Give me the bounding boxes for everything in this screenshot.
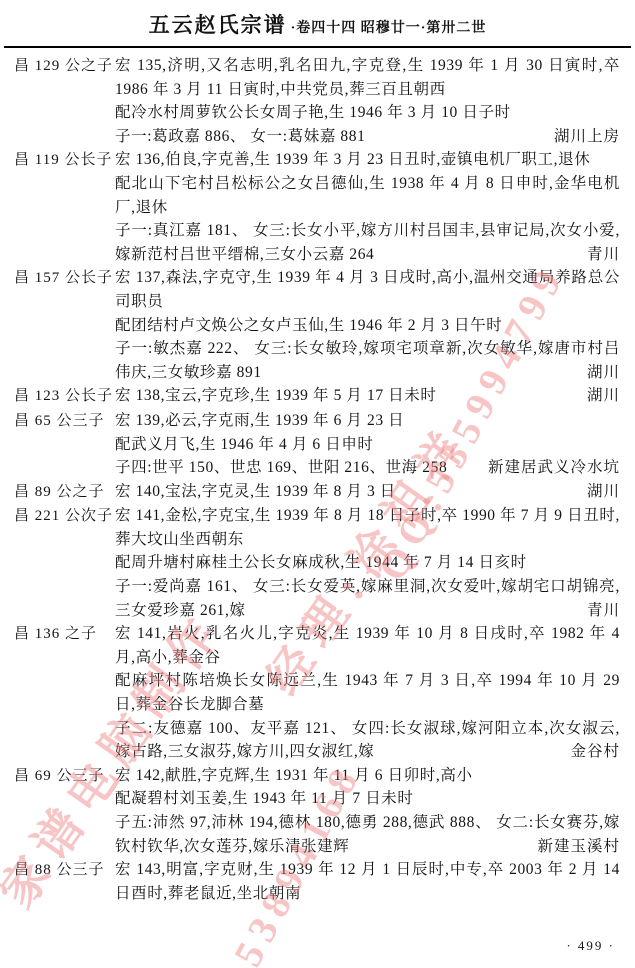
entries: 昌 129 公之子宏 135,济明,又名志明,乳名田九,字克登,生 1939 年… xyxy=(0,48,635,905)
entry-location: 新建玉溪村 xyxy=(537,835,620,859)
entry-paragraph: 宏 142,献胜,字克辉,生 1931 年 11 月 6 日卯时,高小 xyxy=(115,764,620,788)
entry-label: 昌 65 公三子 xyxy=(14,409,115,480)
entry-text: 宏 143,明富,字克财,生 1939 年 12 月 1 日辰时,中专,卒 20… xyxy=(115,861,620,902)
entry-text: 宏 141,岩火,乳名火儿,字克炎,生 1939 年 10 月 8 日戌时,卒 … xyxy=(115,625,620,666)
entry-text: 宏 138,宝云,字克珍,生 1939 年 5 月 17 日未时 xyxy=(115,387,436,404)
entry-text: 子二:友德嘉 100、友平嘉 121、 女四:长女淑球,嫁河阳立本,次女淑云,嫁… xyxy=(115,720,620,761)
entry-text: 配武义月飞,生 1946 年 4 月 6 日申时 xyxy=(115,436,374,453)
genealogy-entry: 昌 69 公三子宏 142,献胜,字克辉,生 1931 年 11 月 6 日卯时… xyxy=(14,764,620,858)
entry-content: 宏 142,献胜,字克辉,生 1931 年 11 月 6 日卯时,高小配凝碧村刘… xyxy=(115,764,620,858)
entry-paragraph: 配武义月飞,生 1946 年 4 月 6 日申时 xyxy=(115,433,620,457)
entry-text: 配麻坪村陈培焕长女陈远兰,生 1943 年 7 月 3 日,卒 1994 年 1… xyxy=(115,672,620,713)
entry-paragraph: 子一:真江嘉 181、 女三:长女小平,嫁方川村吕国丰,县审记局,次女小爱,嫁新… xyxy=(115,219,620,266)
entry-text: 宏 141,金松,字克宝,生 1939 年 8 月 18 日子时,卒 1990 … xyxy=(115,507,620,548)
entry-text: 宏 136,伯良,字克善,生 1939 年 3 月 23 日丑时,壶镇电机厂职工… xyxy=(115,151,590,168)
entry-paragraph: 配北山下宅村吕松标公之女吕德仙,生 1938 年 4 月 8 日申时,金华电机厂… xyxy=(115,172,620,219)
entry-paragraph: 子二:友德嘉 100、友平嘉 121、 女四:长女淑球,嫁河阳立本,次女淑云,嫁… xyxy=(115,717,620,764)
entry-label: 昌 221 公次子 xyxy=(14,504,115,622)
entry-paragraph: 配凝碧村刘玉姜,生 1943 年 11 月 7 日未时 xyxy=(115,787,620,811)
entry-text: 宏 139,必云,字克雨,生 1939 年 6 月 23 日 xyxy=(115,412,404,429)
page-title: 五云赵氏宗谱 xyxy=(149,13,287,37)
entry-location: 湖川 xyxy=(587,361,620,385)
entry-label: 昌 123 公长子 xyxy=(14,384,115,409)
entry-location: 湖川上房 xyxy=(554,125,620,149)
entry-paragraph: 子四:世平 150、世忠 169、世阳 216、世海 258新建居武义冷水坑 xyxy=(115,456,620,480)
entry-paragraph: 子一:葛政嘉 886、 女一:葛妹嘉 881湖川上房 xyxy=(115,125,620,149)
entry-text: 配凝碧村刘玉姜,生 1943 年 11 月 7 日未时 xyxy=(115,790,414,807)
entry-location: 青川 xyxy=(587,243,620,267)
entry-paragraph: 子五:沛然 97,沛林 194,德林 180,德勇 288,德武 888、 女二… xyxy=(115,811,620,858)
entry-content: 宏 140,宝法,字克灵,生 1939 年 8 月 3 日湖川 xyxy=(115,480,620,505)
entry-paragraph: 宏 141,金松,字克宝,生 1939 年 8 月 18 日子时,卒 1990 … xyxy=(115,504,620,551)
entry-text: 子一:爱尚嘉 161、 女三:长女爱英,嫁麻里洞,次女爱叶,嫁胡宅口胡锦亮,三女… xyxy=(115,578,620,619)
entry-content: 宏 135,济明,又名志明,乳名田九,字克登,生 1939 年 1 月 30 日… xyxy=(115,54,620,148)
page-subtitle: ·卷四十四 昭穆廿一·第卅二世 xyxy=(291,21,487,36)
entry-content: 宏 136,伯良,字克善,生 1939 年 3 月 23 日丑时,壶镇电机厂职工… xyxy=(115,148,620,266)
entry-location: 金谷村 xyxy=(570,740,620,764)
entry-text: 子一:敏杰嘉 222、 女三:长女敏玲,嫁项宅项章新,次女敏华,嫁唐市村吕伟庆,… xyxy=(115,340,620,381)
entry-paragraph: 宏 141,岩火,乳名火儿,字克炎,生 1939 年 10 月 8 日戌时,卒 … xyxy=(115,622,620,669)
entry-label: 昌 136 之子 xyxy=(14,622,115,764)
entry-paragraph: 宏 139,必云,字克雨,生 1939 年 6 月 23 日 xyxy=(115,409,620,433)
entry-paragraph: 宏 137,森法,字克守,生 1939 年 4 月 3 日戌时,高小,温州交通局… xyxy=(115,266,620,313)
entry-paragraph: 配冷水村周萝钦公长女周子艳,生 1946 年 3 月 10 日子时 xyxy=(115,101,620,125)
entry-paragraph: 配周升塘村麻桂土公长女麻成秋,生 1944 年 7 月 14 日亥时 xyxy=(115,551,620,575)
entry-content: 宏 139,必云,字克雨,生 1939 年 6 月 23 日配武义月飞,生 19… xyxy=(115,409,620,480)
page-number: · 499 · xyxy=(566,938,615,954)
entry-paragraph: 子一:敏杰嘉 222、 女三:长女敏玲,嫁项宅项章新,次女敏华,嫁唐市村吕伟庆,… xyxy=(115,337,620,384)
entry-location: 青川 xyxy=(587,599,620,623)
entry-content: 宏 137,森法,字克守,生 1939 年 4 月 3 日戌时,高小,温州交通局… xyxy=(115,266,620,384)
genealogy-page: 五云赵氏宗谱·卷四十四 昭穆廿一·第卅二世 昌 129 公之子宏 135,济明,… xyxy=(0,0,635,968)
entry-label: 昌 69 公三子 xyxy=(14,764,115,858)
entry-paragraph: 宏 135,济明,又名志明,乳名田九,字克登,生 1939 年 1 月 30 日… xyxy=(115,54,620,101)
genealogy-entry: 昌 129 公之子宏 135,济明,又名志明,乳名田九,字克登,生 1939 年… xyxy=(14,54,620,148)
entry-label: 昌 157 公长子 xyxy=(14,266,115,384)
genealogy-entry: 昌 65 公三子宏 139,必云,字克雨,生 1939 年 6 月 23 日配武… xyxy=(14,409,620,480)
entry-text: 配周升塘村麻桂土公长女麻成秋,生 1944 年 7 月 14 日亥时 xyxy=(115,554,527,571)
genealogy-entry: 昌 119 公长子宏 136,伯良,字克善,生 1939 年 3 月 23 日丑… xyxy=(14,148,620,266)
entry-text: 配北山下宅村吕松标公之女吕德仙,生 1938 年 4 月 8 日申时,金华电机厂… xyxy=(115,175,620,216)
entry-text: 子一:真江嘉 181、 女三:长女小平,嫁方川村吕国丰,县审记局,次女小爱,嫁新… xyxy=(115,222,620,263)
entry-text: 宏 135,济明,又名志明,乳名田九,字克登,生 1939 年 1 月 30 日… xyxy=(115,57,620,98)
page-header: 五云赵氏宗谱·卷四十四 昭穆廿一·第卅二世 xyxy=(0,0,635,39)
entry-paragraph: 子一:爱尚嘉 161、 女三:长女爱英,嫁麻里洞,次女爱叶,嫁胡宅口胡锦亮,三女… xyxy=(115,575,620,622)
entry-text: 配团结村卢文焕公之女卢玉仙,生 1946 年 2 月 3 日午时 xyxy=(115,317,502,334)
entry-text: 宏 137,森法,字克守,生 1939 年 4 月 3 日戌时,高小,温州交通局… xyxy=(115,269,620,310)
entry-location: 新建居武义冷水坑 xyxy=(488,456,620,480)
genealogy-entry: 昌 123 公长子宏 138,宝云,字克珍,生 1939 年 5 月 17 日未… xyxy=(14,384,620,409)
entry-content: 宏 141,金松,字克宝,生 1939 年 8 月 18 日子时,卒 1990 … xyxy=(115,504,620,622)
entry-label: 昌 129 公之子 xyxy=(14,54,115,148)
entry-location: 湖川 xyxy=(587,480,620,504)
entry-paragraph: 配麻坪村陈培焕长女陈远兰,生 1943 年 7 月 3 日,卒 1994 年 1… xyxy=(115,669,620,716)
entry-content: 宏 141,岩火,乳名火儿,字克炎,生 1939 年 10 月 8 日戌时,卒 … xyxy=(115,622,620,764)
genealogy-entry: 昌 157 公长子宏 137,森法,字克守,生 1939 年 4 月 3 日戌时… xyxy=(14,266,620,384)
genealogy-entry: 昌 89 公之子宏 140,宝法,字克灵,生 1939 年 8 月 3 日湖川 xyxy=(14,480,620,505)
entry-label: 昌 119 公长子 xyxy=(14,148,115,266)
entry-text: 配冷水村周萝钦公长女周子艳,生 1946 年 3 月 10 日子时 xyxy=(115,104,511,121)
entry-content: 宏 138,宝云,字克珍,生 1939 年 5 月 17 日未时湖川 xyxy=(115,384,620,409)
genealogy-entry: 昌 88 公三子宏 143,明富,字克财,生 1939 年 12 月 1 日辰时… xyxy=(14,858,620,905)
entry-text: 子四:世平 150、世忠 169、世阳 216、世海 258 xyxy=(115,459,447,476)
entry-paragraph: 配团结村卢文焕公之女卢玉仙,生 1946 年 2 月 3 日午时 xyxy=(115,314,620,338)
entry-paragraph: 宏 136,伯良,字克善,生 1939 年 3 月 23 日丑时,壶镇电机厂职工… xyxy=(115,148,620,172)
entry-text: 宏 142,献胜,字克辉,生 1931 年 11 月 6 日卯时,高小 xyxy=(115,767,473,784)
entry-paragraph: 宏 143,明富,字克财,生 1939 年 12 月 1 日辰时,中专,卒 20… xyxy=(115,858,620,905)
genealogy-entry: 昌 136 之子宏 141,岩火,乳名火儿,字克炎,生 1939 年 10 月 … xyxy=(14,622,620,764)
entry-content: 宏 143,明富,字克财,生 1939 年 12 月 1 日辰时,中专,卒 20… xyxy=(115,858,620,905)
entry-text: 宏 140,宝法,字克灵,生 1939 年 8 月 3 日 xyxy=(115,483,396,500)
entry-text: 子一:葛政嘉 886、 女一:葛妹嘉 881 xyxy=(115,128,365,145)
entry-paragraph: 宏 138,宝云,字克珍,生 1939 年 5 月 17 日未时湖川 xyxy=(115,384,620,408)
genealogy-entry: 昌 221 公次子宏 141,金松,字克宝,生 1939 年 8 月 18 日子… xyxy=(14,504,620,622)
entry-paragraph: 宏 140,宝法,字克灵,生 1939 年 8 月 3 日湖川 xyxy=(115,480,620,504)
entry-location: 湖川 xyxy=(587,384,620,408)
entry-label: 昌 88 公三子 xyxy=(14,858,115,905)
entry-label: 昌 89 公之子 xyxy=(14,480,115,505)
